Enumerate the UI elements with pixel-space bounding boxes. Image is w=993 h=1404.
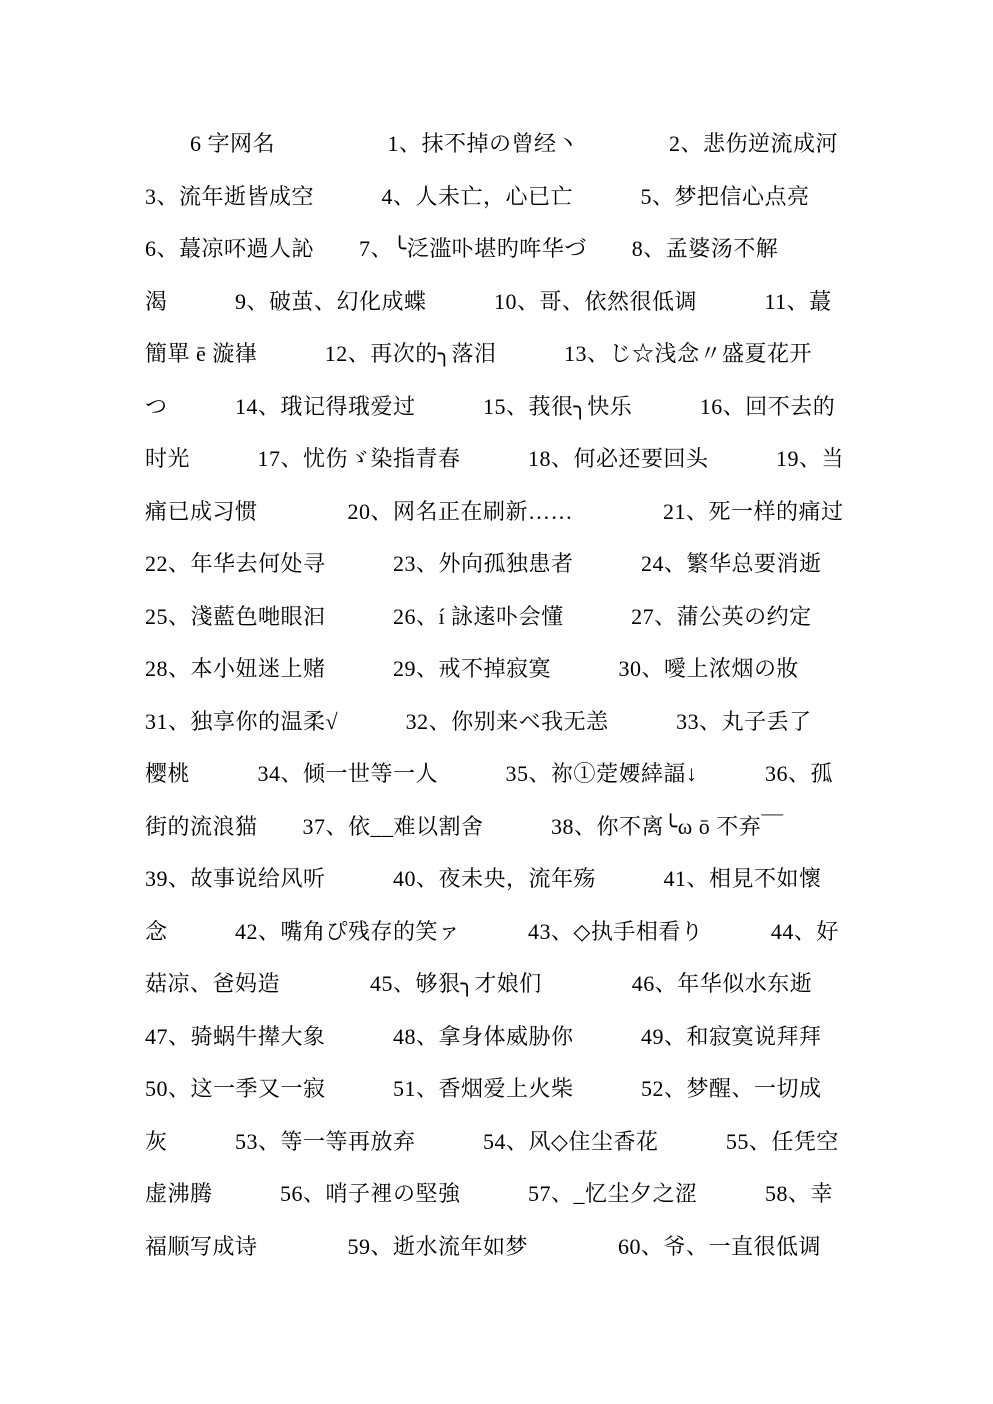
text-line: 6、蕞凉吥過人訫 7、╰泛滥卟堪旳哖华づ 8、孟婆汤不解 <box>145 223 857 276</box>
text-line: 渴 9、破茧、幻化成蝶 10、哥、依然很低调 11、蕞 <box>145 276 857 329</box>
text-line: 39、故事说给风听 40、夜未央，流年殇 41、相見不如懷 <box>145 853 857 906</box>
text-line: 簡單 ē 漩嵂 12、再次的╮落泪 13、じ☆浅念〃盛夏花开 <box>145 328 857 381</box>
text-line: 22、年华去何处寻 23、外向孤独患者 24、繁华总要消逝 <box>145 538 857 591</box>
text-line: 灰 53、等一等再放弃 54、风◇住尘香花 55、任凭空 <box>145 1116 857 1169</box>
text-line: 25、淺藍色哋眼汩 26、í 詠逺卟会懂 27、蒲公英の约定 <box>145 591 857 644</box>
text-line: 念 42、嘴角ぴ残存的笑ァ 43、◇执手相看り 44、好 <box>145 906 857 959</box>
text-line: 28、本小妞迷上赌 29、戒不掉寂寞 30、噯上浓烟の妝 <box>145 643 857 696</box>
document-page: 6 字网名 1、抹不掉の曾经丶 2、悲伤逆流成河 3、流年逝皆成空 4、人未亡，… <box>0 0 993 1404</box>
text-line: 时光 17、忧伤ゞ染指青春 18、何必还要回头 19、当 <box>145 433 857 486</box>
document-body: 6 字网名 1、抹不掉の曾经丶 2、悲伤逆流成河 3、流年逝皆成空 4、人未亡，… <box>145 118 857 1273</box>
text-line: 6 字网名 1、抹不掉の曾经丶 2、悲伤逆流成河 <box>145 118 857 171</box>
text-line: 50、这一季又一寂 51、香烟爱上火柴 52、梦醒、一切成 <box>145 1063 857 1116</box>
text-line: つ 14、珴记得珴爱过 15、莪很╮快乐 16、回不去的 <box>145 381 857 434</box>
text-line: 47、骑蜗牛撵大象 48、拿身体威胁你 49、和寂寞说拜拜 <box>145 1011 857 1064</box>
text-line: 3、流年逝皆成空 4、人未亡，心已亡 5、梦把信心点亮 <box>145 171 857 224</box>
text-line: 樱桃 34、倾一世等一人 35、祢①萣婹緈諨↓ 36、孤 <box>145 748 857 801</box>
text-line: 福顺写成诗 59、逝水流年如梦 60、爷、一直很低调 <box>145 1221 857 1274</box>
text-line: 31、独享你的温柔√ 32、你别来ベ我无恙 33、丸子丢了 <box>145 696 857 749</box>
text-line: 街的流浪猫 37、依__难以割舍 38、你不离╰ω ō 不弃￣ <box>145 801 857 854</box>
text-line: 菇凉、爸妈造 45、够狠╮才娘们 46、年华似水东逝 <box>145 958 857 1011</box>
text-line: 虚沸腾 56、哨子裡の堅強 57、_忆尘夕之涩 58、幸 <box>145 1168 857 1221</box>
text-line: 痛已成习惯 20、网名正在刷新…… 21、死一样的痛过 <box>145 486 857 539</box>
